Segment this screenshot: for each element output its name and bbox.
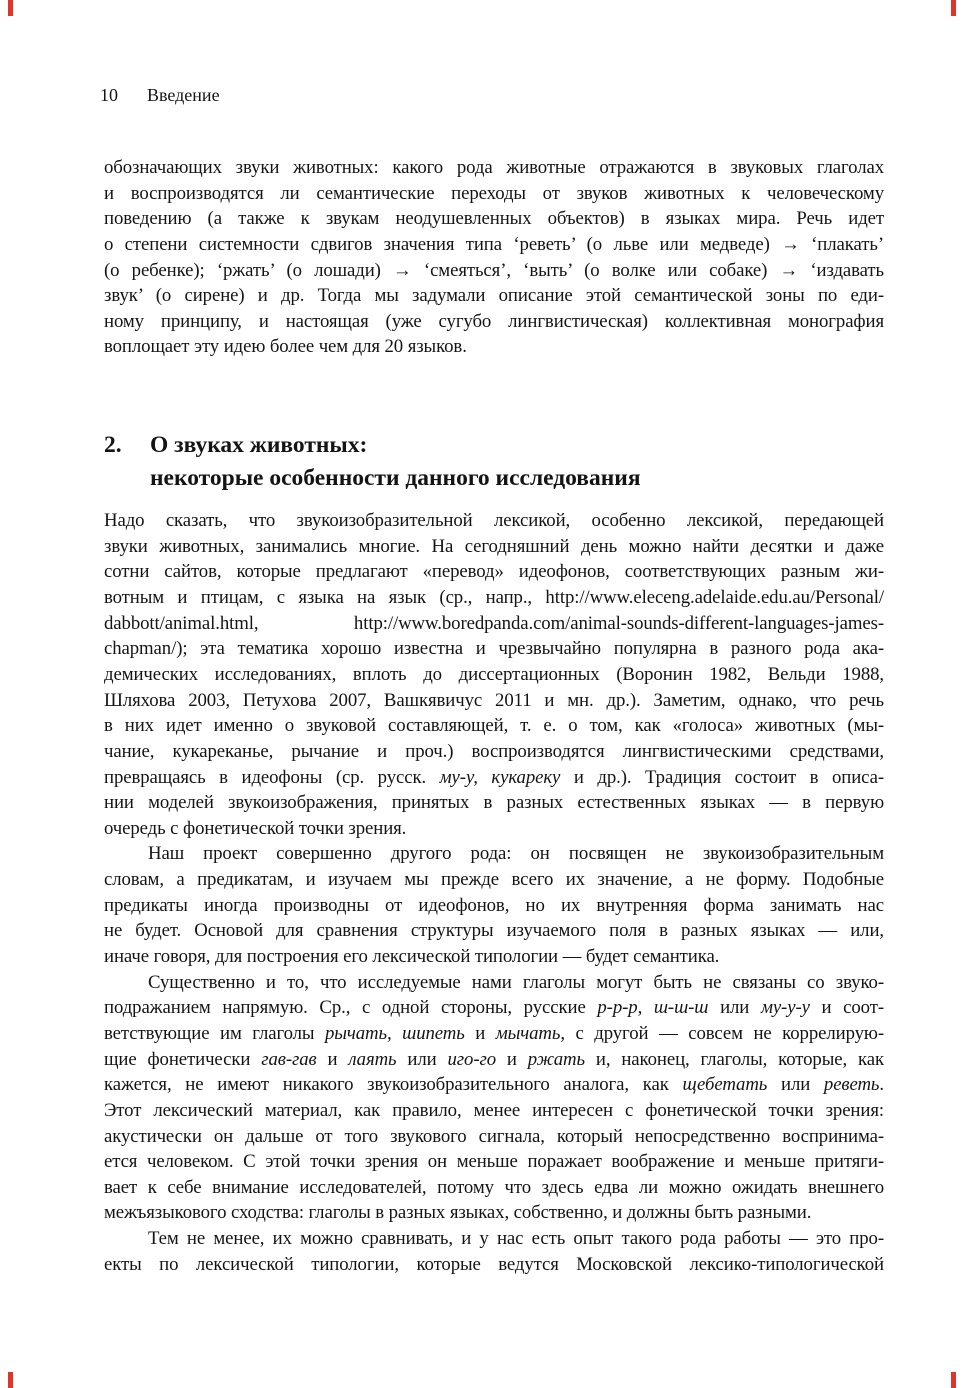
text-line: Этот лексический материал, как правило, … xyxy=(104,1098,884,1124)
text-run: превращаясь в идеофоны (ср. русск. xyxy=(104,767,440,788)
text-line: межъязыкового сходства: глаголы в разных… xyxy=(104,1200,884,1226)
text-run: межъязыкового сходства: глаголы в разных… xyxy=(104,1202,811,1223)
text-line: Тем не менее, их можно сравнивать, и у н… xyxy=(104,1226,884,1252)
text-run: чание, кукареканье, рычание и проч.) вос… xyxy=(104,741,884,762)
text-line: сотни сайтов, которые предлагают «перево… xyxy=(104,559,884,585)
text-run: екты по лексической типологии, которые в… xyxy=(104,1254,884,1275)
heading-title: О звуках животных: некоторые особенности… xyxy=(150,429,884,495)
text-line: ветствующие им глаголы рычать, шипеть и … xyxy=(104,1021,884,1047)
crop-mark-bottom-left xyxy=(8,1372,13,1388)
text-run: ветствующие им глаголы xyxy=(104,1023,325,1044)
text-line: щие фонетически гав-гав и лаять или иго-… xyxy=(104,1047,884,1073)
text-run: или xyxy=(397,1049,448,1070)
text-line: превращаясь в идеофоны (ср. русск. му-у,… xyxy=(104,765,884,791)
text-line: вает к себе внимание исследователей, пот… xyxy=(104,1175,884,1201)
text-run: dabbott/animal.html, http://www.boredpan… xyxy=(104,613,884,634)
paragraph: Существенно и то, что исследуемые нами г… xyxy=(104,970,884,1226)
text-run: реветь xyxy=(824,1074,879,1095)
text-line: подражанием напрямую. Ср., с одной сторо… xyxy=(104,995,884,1021)
text-run: лаять xyxy=(348,1049,396,1070)
text-run: демических исследованиях, вплоть до дисс… xyxy=(104,664,884,685)
text-line: обозначающих звуки животных: какого рода… xyxy=(104,155,884,181)
paragraph: Надо сказать, что звукоизобразительной л… xyxy=(104,508,884,841)
text-line: вотным и птицам, с языка на язык (ср., н… xyxy=(104,585,884,611)
text-run: поведению (а также к звукам неодушевленн… xyxy=(104,208,884,229)
text-line: и воспроизводятся ли семантические перех… xyxy=(104,181,884,207)
page-header: 10 Введение xyxy=(100,85,220,106)
text-line: Существенно и то, что исследуемые нами г… xyxy=(104,970,884,996)
text-run: , с другой — совсем не коррелирую- xyxy=(560,1023,884,1044)
text-run: ржать xyxy=(528,1049,585,1070)
page-number: 10 xyxy=(100,85,147,106)
text-run: мычать xyxy=(496,1023,561,1044)
text-line: словам, а предикатам, и изучаем мы прежд… xyxy=(104,867,884,893)
crop-mark-top-left xyxy=(8,0,13,16)
text-line: демических исследованиях, вплоть до дисс… xyxy=(104,662,884,688)
text-run: иначе говоря, для построения его лексиче… xyxy=(104,946,719,967)
heading-title-line1: О звуках животных: xyxy=(150,429,884,462)
text-run: подражанием напрямую. Ср., с одной сторо… xyxy=(104,997,597,1018)
text-line: звуки животных, занимались многие. На се… xyxy=(104,534,884,560)
text-line: ному принципу, и настоящая (уже сугубо л… xyxy=(104,309,884,335)
page-content: обозначающих звуки животных: какого рода… xyxy=(104,155,884,1277)
text-run: Наш проект совершенно другого рода: он п… xyxy=(148,843,884,864)
text-run: Шляхова 2003, Петухова 2007, Вашкявичус … xyxy=(104,690,884,711)
text-line: звук’ (о сирене) и др. Тогда мы задумали… xyxy=(104,283,884,309)
text-run: и xyxy=(496,1049,528,1070)
section-heading: 2. О звуках животных: некоторые особенно… xyxy=(104,429,884,495)
text-run: звуки животных, занимались многие. На се… xyxy=(104,536,884,557)
crop-mark-top-right xyxy=(951,0,956,16)
text-run: или xyxy=(767,1074,824,1095)
text-run: ется человеком. С этой точки зрения он м… xyxy=(104,1151,884,1172)
running-title: Введение xyxy=(147,85,220,106)
crop-mark-bottom-right xyxy=(951,1372,956,1388)
text-run: вотным и птицам, с языка на язык (ср., н… xyxy=(104,587,884,608)
paragraph-group-top: обозначающих звуки животных: какого рода… xyxy=(104,155,884,360)
text-run: Тем не менее, их можно сравнивать, и у н… xyxy=(148,1228,884,1249)
text-run: воплощает эту идею более чем для 20 язык… xyxy=(104,336,467,357)
text-line: очередь с фонетической точки зрения. xyxy=(104,816,884,842)
text-run: кажется, не имеют никакого звукоизобрази… xyxy=(104,1074,682,1095)
text-run: или xyxy=(708,997,761,1018)
text-line: нии моделей звукоизображения, принятых в… xyxy=(104,790,884,816)
paragraph: обозначающих звуки животных: какого рода… xyxy=(104,155,884,360)
text-line: иначе говоря, для построения его лексиче… xyxy=(104,944,884,970)
text-run: му-у, кукареку xyxy=(440,767,561,788)
text-run: (о ребенке); ‘ржать’ (о лошади) → ‘смеят… xyxy=(104,260,884,281)
text-run: гав-гав xyxy=(261,1049,316,1070)
text-run: и xyxy=(465,1023,496,1044)
text-run: нии моделей звукоизображения, принятых в… xyxy=(104,792,884,813)
text-run: и др.). Традиция состоит в описа- xyxy=(560,767,884,788)
text-line: (о ребенке); ‘ржать’ (о лошади) → ‘смеят… xyxy=(104,258,884,284)
text-line: в них идет именно о звуковой составляюще… xyxy=(104,713,884,739)
text-line: ется человеком. С этой точки зрения он м… xyxy=(104,1149,884,1175)
text-run: акустически он дальше от того звукового … xyxy=(104,1126,884,1147)
text-run: вает к себе внимание исследователей, пот… xyxy=(104,1177,884,1198)
text-line: о степени системности сдвигов значения т… xyxy=(104,232,884,258)
heading-number: 2. xyxy=(104,429,150,495)
text-line: акустически он дальше от того звукового … xyxy=(104,1124,884,1150)
text-line: Надо сказать, что звукоизобразительной л… xyxy=(104,508,884,534)
text-run: очередь с фонетической точки зрения. xyxy=(104,818,406,839)
text-run: словам, а предикатам, и изучаем мы прежд… xyxy=(104,869,884,890)
text-run: и соот- xyxy=(810,997,884,1018)
text-line: dabbott/animal.html, http://www.boredpan… xyxy=(104,611,884,637)
text-run: и, наконец, глаголы, которые, как xyxy=(585,1049,884,1070)
text-line: предикаты иногда производны от идеофонов… xyxy=(104,893,884,919)
text-run: о степени системности сдвигов значения т… xyxy=(104,234,884,255)
text-line: chapman/); эта тематика хорошо известна … xyxy=(104,636,884,662)
text-run: chapman/); эта тематика хорошо известна … xyxy=(104,638,884,659)
text-run: сотни сайтов, которые предлагают «перево… xyxy=(104,561,884,582)
body-paragraphs: Надо сказать, что звукоизобразительной л… xyxy=(104,508,884,1277)
text-run: и воспроизводятся ли семантические перех… xyxy=(104,183,884,204)
text-run: в них идет именно о звуковой составляюще… xyxy=(104,715,884,736)
paragraph: Наш проект совершенно другого рода: он п… xyxy=(104,841,884,969)
text-run: щие фонетически xyxy=(104,1049,261,1070)
text-run: щебетать xyxy=(682,1074,767,1095)
text-run: иго-го xyxy=(448,1049,496,1070)
text-line: Шляхова 2003, Петухова 2007, Вашкявичус … xyxy=(104,688,884,714)
text-line: чание, кукареканье, рычание и проч.) вос… xyxy=(104,739,884,765)
text-run: му-у-у xyxy=(761,997,810,1018)
heading-title-line2: некоторые особенности данного исследован… xyxy=(150,462,884,495)
text-run: Этот лексический материал, как правило, … xyxy=(104,1100,884,1121)
text-run: рычать, шипеть xyxy=(325,1023,465,1044)
text-run: звук’ (о сирене) и др. Тогда мы задумали… xyxy=(104,285,884,306)
text-run: не будет. Основой для сравнения структур… xyxy=(104,920,884,941)
text-run: Надо сказать, что звукоизобразительной л… xyxy=(104,510,884,531)
text-line: кажется, не имеют никакого звукоизобрази… xyxy=(104,1072,884,1098)
text-line: воплощает эту идею более чем для 20 язык… xyxy=(104,334,884,360)
text-run: ному принципу, и настоящая (уже сугубо л… xyxy=(104,311,884,332)
text-line: Наш проект совершенно другого рода: он п… xyxy=(104,841,884,867)
paragraph: Тем не менее, их можно сравнивать, и у н… xyxy=(104,1226,884,1277)
text-run: . xyxy=(879,1074,884,1095)
text-run: и xyxy=(317,1049,349,1070)
text-run: предикаты иногда производны от идеофонов… xyxy=(104,895,884,916)
text-line: не будет. Основой для сравнения структур… xyxy=(104,918,884,944)
text-line: поведению (а также к звукам неодушевленн… xyxy=(104,206,884,232)
text-run: обозначающих звуки животных: какого рода… xyxy=(104,157,884,178)
text-line: екты по лексической типологии, которые в… xyxy=(104,1252,884,1278)
text-run: Существенно и то, что исследуемые нами г… xyxy=(148,972,884,993)
text-run: р-р-р, ш-ш-ш xyxy=(597,997,708,1018)
